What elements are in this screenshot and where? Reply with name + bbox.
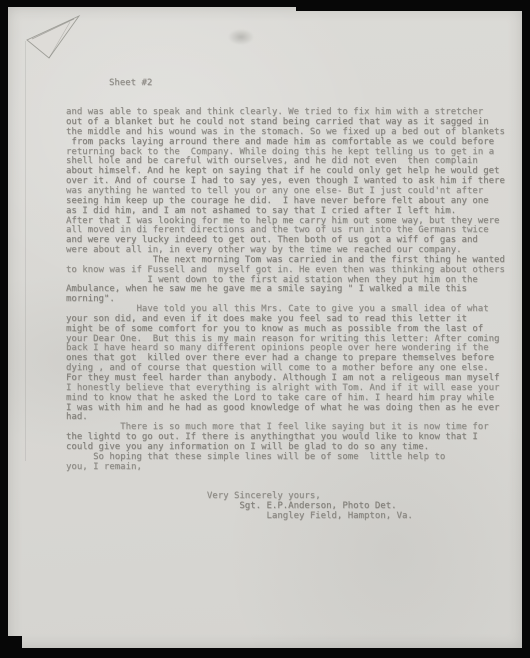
letter-page: Sheet #2 and was able to speak and think… [8, 7, 522, 648]
typewritten-line: the middle and his wound was in the stom… [66, 128, 512, 138]
typewritten-line: shell hole and be careful with ourselves… [66, 157, 512, 167]
sheet-label: Sheet #2 [66, 79, 512, 89]
scan-smudge [228, 29, 254, 45]
typewritten-line: all moved in di ferent directions and th… [66, 226, 512, 236]
letter-text: Sheet #2 and was able to speak and think… [66, 59, 512, 541]
typewritten-line: Ambulance, when he saw me he gave me a s… [66, 285, 512, 295]
typewritten-line: Have told you all this Mrs. Cate to give… [66, 305, 512, 315]
typewritten-line: Langley Field, Hampton, Va. [66, 512, 512, 522]
typewritten-line: were about all in, in every other way by… [66, 246, 512, 256]
scanner-background: Sheet #2 and was able to speak and think… [0, 0, 530, 658]
paper-crease [25, 41, 26, 461]
typewritten-line: I went down to the first aid station whe… [66, 276, 512, 286]
typewritten-line: you, I remain, [66, 463, 512, 473]
folded-corner [21, 12, 89, 64]
letter-body: and was able to speak and think clearly.… [66, 108, 512, 472]
typewritten-line: Very Sincerely yours, [66, 492, 512, 502]
typewritten-line: dying , and of course that question will… [66, 364, 512, 374]
typewritten-line: There is so much more that I feel like s… [66, 423, 512, 433]
typewritten-line: and was able to speak and think clearly.… [66, 108, 512, 118]
scanner-bottom-notch [0, 636, 22, 658]
typewritten-line: I was with him and he had as good knowle… [66, 404, 512, 414]
typewritten-line: was anything he wanted to tell you or an… [66, 187, 512, 197]
typewritten-line: back I have heard so many different opin… [66, 344, 512, 354]
scanner-top-band [296, 0, 530, 11]
typewritten-line: mind to know that he asked the Lord to t… [66, 394, 512, 404]
letter-closing: Very Sincerely yours, Sgt. E.P.Anderson,… [66, 492, 512, 522]
